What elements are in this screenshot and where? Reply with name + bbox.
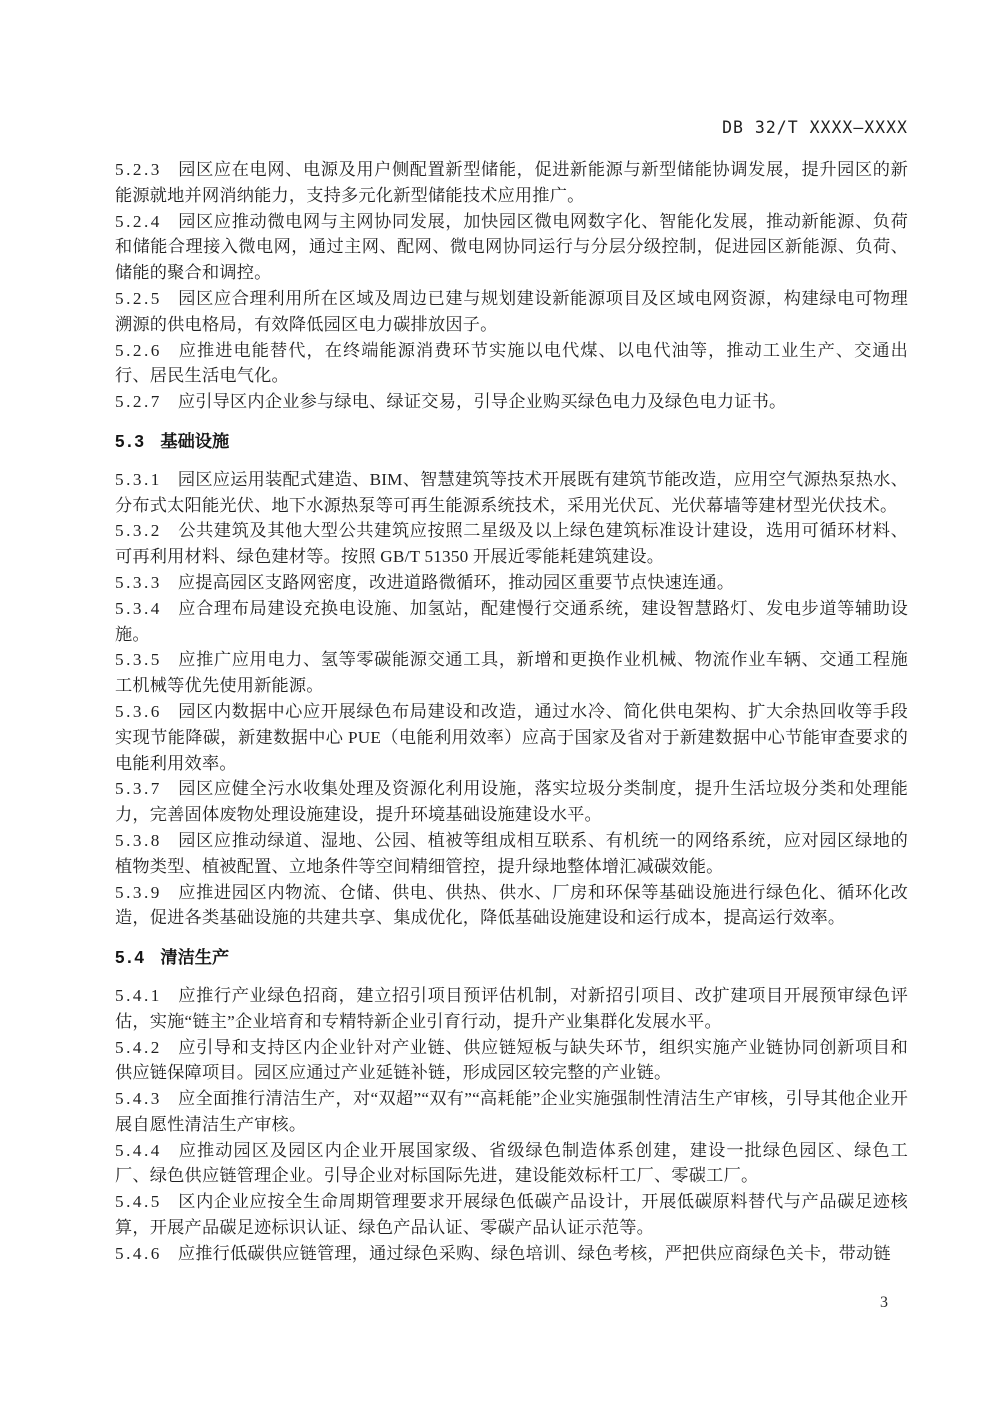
clause-paragraph: 5.4.2应引导和支持区内企业针对产业链、供应链短板与缺失环节，组织实施产业链协… (115, 1035, 908, 1087)
document-page: DB 32/T XXXX—XXXX 5.2.3园区应在电网、电源及用户侧配置新型… (0, 0, 1000, 1414)
clause-number: 5.2.7 (115, 392, 162, 411)
clause-number: 5.4.6 (115, 1244, 162, 1263)
clause-number: 5.4.5 (115, 1192, 162, 1211)
clause-text: 应推动园区及园区内企业开展国家级、省级绿色制造体系创建，建设一批绿色园区、绿色工… (115, 1141, 908, 1186)
clause-number: 5.2.3 (115, 160, 162, 179)
clause-paragraph: 5.4.5区内企业应按全生命周期管理要求开展绿色低碳产品设计，开展低碳原料替代与… (115, 1189, 908, 1241)
page-number: 3 (880, 1292, 888, 1314)
section-heading: 5.4清洁生产 (115, 945, 908, 971)
clause-paragraph: 5.4.6应推行低碳供应链管理，通过绿色采购、绿色培训、绿色考核，严把供应商绿色… (115, 1241, 908, 1267)
clause-text: 园区内数据中心应开展绿色布局建设和改造，通过水冷、简化供电架构、扩大余热回收等手… (115, 702, 908, 773)
clause-text: 应推进园区内物流、仓储、供电、供热、供水、厂房和环保等基础设施进行绿色化、循环化… (115, 883, 908, 928)
clause-text: 应推行产业绿色招商，建立招引项目预评估机制，对新招引项目、改扩建项目开展预审绿色… (115, 986, 908, 1031)
clause-paragraph: 5.3.9应推进园区内物流、仓储、供电、供热、供水、厂房和环保等基础设施进行绿色… (115, 880, 908, 932)
clause-text: 园区应运用装配式建造、BIM、智慧建筑等技术开展既有建筑节能改造，应用空气源热泵… (115, 470, 908, 515)
clause-paragraph: 5.2.3园区应在电网、电源及用户侧配置新型储能，促进新能源与新型储能协调发展，… (115, 157, 908, 209)
document-body: 5.2.3园区应在电网、电源及用户侧配置新型储能，促进新能源与新型储能协调发展，… (115, 157, 908, 1267)
section-heading: 5.3基础设施 (115, 429, 908, 455)
section-number: 5.3 (115, 431, 146, 451)
section-title: 基础设施 (160, 431, 229, 451)
clause-paragraph: 5.4.4应推动园区及园区内企业开展国家级、省级绿色制造体系创建，建设一批绿色园… (115, 1138, 908, 1190)
clause-paragraph: 5.2.7应引导区内企业参与绿电、绿证交易，引导企业购买绿色电力及绿色电力证书。 (115, 389, 908, 415)
document-header: DB 32/T XXXX—XXXX (115, 118, 908, 137)
clause-text: 应合理布局建设充换电设施、加氢站，配建慢行交通系统，建设智慧路灯、发电步道等辅助… (115, 599, 908, 644)
clause-number: 5.3.3 (115, 573, 162, 592)
clause-text: 应全面推行清洁生产，对“双超”“双有”“高耗能”企业实施强制性清洁生产审核，引导… (115, 1089, 908, 1134)
clause-paragraph: 5.2.5园区应合理利用所在区域及周边已建与规划建设新能源项目及区域电网资源，构… (115, 286, 908, 338)
section-number: 5.4 (115, 947, 146, 967)
clause-number: 5.4.3 (115, 1089, 162, 1108)
clause-paragraph: 5.3.3应提高园区支路网密度，改进道路微循环，推动园区重要节点快速连通。 (115, 570, 908, 596)
clause-paragraph: 5.3.1园区应运用装配式建造、BIM、智慧建筑等技术开展既有建筑节能改造，应用… (115, 467, 908, 519)
clause-number: 5.3.5 (115, 650, 162, 669)
clause-paragraph: 5.3.4应合理布局建设充换电设施、加氢站，配建慢行交通系统，建设智慧路灯、发电… (115, 596, 908, 648)
clause-text: 园区应健全污水收集处理及资源化利用设施，落实垃圾分类制度，提升生活垃圾分类和处理… (115, 779, 908, 824)
clause-number: 5.4.1 (115, 986, 162, 1005)
clause-number: 5.3.7 (115, 779, 162, 798)
clause-text: 应推行低碳供应链管理，通过绿色采购、绿色培训、绿色考核，严把供应商绿色关卡，带动… (178, 1244, 891, 1263)
clause-number: 5.3.8 (115, 831, 162, 850)
clause-number: 5.3.1 (115, 470, 162, 489)
clause-text: 区内企业应按全生命周期管理要求开展绿色低碳产品设计，开展低碳原料替代与产品碳足迹… (115, 1192, 908, 1237)
clause-number: 5.2.4 (115, 212, 162, 231)
clause-text: 应推进电能替代，在终端能源消费环节实施以电代煤、以电代油等，推动工业生产、交通出… (115, 341, 908, 386)
clause-text: 公共建筑及其他大型公共建筑应按照二星级及以上绿色建筑标准设计建设，选用可循环材料… (115, 521, 908, 566)
clause-paragraph: 5.4.1应推行产业绿色招商，建立招引项目预评估机制，对新招引项目、改扩建项目开… (115, 983, 908, 1035)
clause-number: 5.2.5 (115, 289, 162, 308)
section-title: 清洁生产 (160, 947, 229, 967)
clause-number: 5.3.9 (115, 883, 162, 902)
clause-number: 5.3.6 (115, 702, 162, 721)
clause-text: 应推广应用电力、氢等零碳能源交通工具，新增和更换作业机械、物流作业车辆、交通工程… (115, 650, 908, 695)
clause-number: 5.4.4 (115, 1141, 162, 1160)
clause-number: 5.2.6 (115, 341, 162, 360)
clause-text: 应提高园区支路网密度，改进道路微循环，推动园区重要节点快速连通。 (178, 573, 734, 592)
clause-text: 园区应在电网、电源及用户侧配置新型储能，促进新能源与新型储能协调发展，提升园区的… (115, 160, 908, 205)
clause-paragraph: 5.2.6应推进电能替代，在终端能源消费环节实施以电代煤、以电代油等，推动工业生… (115, 338, 908, 390)
clause-text: 应引导和支持区内企业针对产业链、供应链短板与缺失环节，组织实施产业链协同创新项目… (115, 1038, 908, 1083)
clause-paragraph: 5.3.7园区应健全污水收集处理及资源化利用设施，落实垃圾分类制度，提升生活垃圾… (115, 776, 908, 828)
clause-number: 5.4.2 (115, 1038, 162, 1057)
clause-text: 园区应推动微电网与主网协同发展，加快园区微电网数字化、智能化发展，推动新能源、负… (115, 212, 908, 283)
standard-number: DB 32/T XXXX—XXXX (722, 118, 908, 137)
clause-paragraph: 5.3.5应推广应用电力、氢等零碳能源交通工具，新增和更换作业机械、物流作业车辆… (115, 647, 908, 699)
clause-number: 5.3.2 (115, 521, 162, 540)
clause-paragraph: 5.3.6园区内数据中心应开展绿色布局建设和改造，通过水冷、简化供电架构、扩大余… (115, 699, 908, 776)
clause-paragraph: 5.3.2公共建筑及其他大型公共建筑应按照二星级及以上绿色建筑标准设计建设，选用… (115, 518, 908, 570)
clause-text: 园区应推动绿道、湿地、公园、植被等组成相互联系、有机统一的网络系统，应对园区绿地… (115, 831, 908, 876)
clause-paragraph: 5.4.3应全面推行清洁生产，对“双超”“双有”“高耗能”企业实施强制性清洁生产… (115, 1086, 908, 1138)
clause-paragraph: 5.2.4园区应推动微电网与主网协同发展，加快园区微电网数字化、智能化发展，推动… (115, 209, 908, 286)
clause-number: 5.3.4 (115, 599, 162, 618)
clause-paragraph: 5.3.8园区应推动绿道、湿地、公园、植被等组成相互联系、有机统一的网络系统，应… (115, 828, 908, 880)
clause-text: 园区应合理利用所在区域及周边已建与规划建设新能源项目及区域电网资源，构建绿电可物… (115, 289, 908, 334)
clause-text: 应引导区内企业参与绿电、绿证交易，引导企业购买绿色电力及绿色电力证书。 (178, 392, 787, 411)
